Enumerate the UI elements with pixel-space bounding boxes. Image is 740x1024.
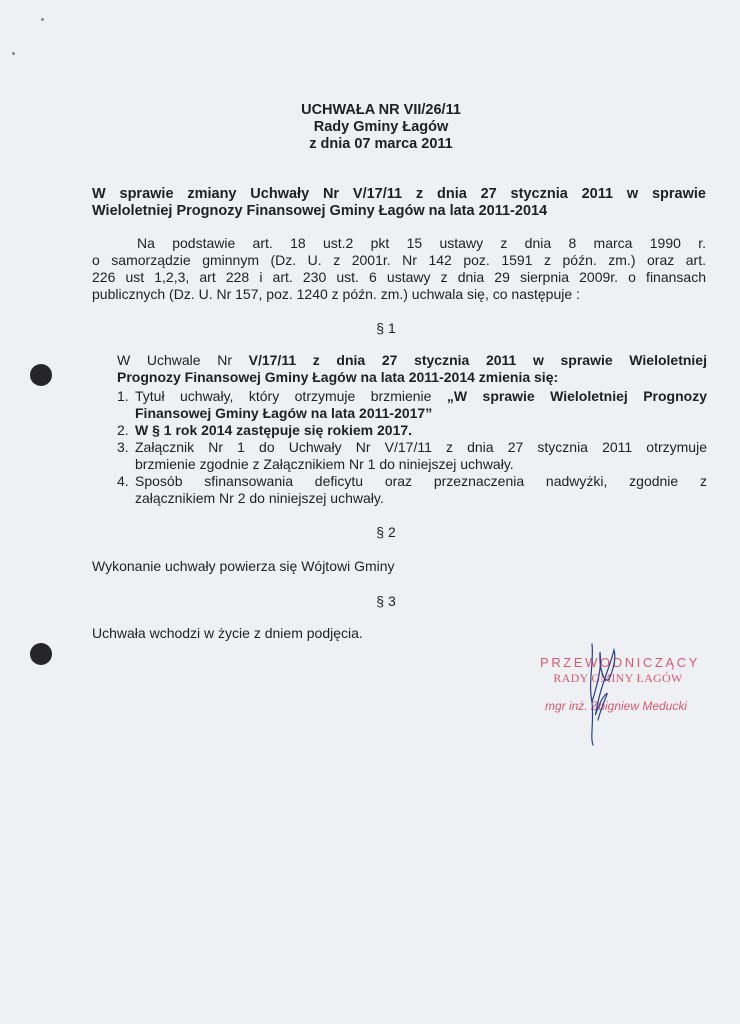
handwritten-signature [580,642,630,747]
basis-line: o samorządzie gminnym (Dz. U. z 2001r. N… [92,252,706,269]
item-number: 4. [117,473,135,507]
basis-line: Na podstawie art. 18 ust.2 pkt 15 ustawy… [92,235,706,252]
resolution-header: UCHWAŁA NR VII/26/11 Rady Gminy Łagów z … [0,102,740,153]
item-line: brzmienie zgodnie z Załącznikiem Nr 1 do… [135,456,707,473]
list-item: 2. W § 1 rok 2014 zastępuje się rokiem 2… [117,422,707,439]
list-item: 1. Tytuł uchwały, który otrzymuje brzmie… [117,388,707,422]
item-number: 3. [117,439,135,473]
section-2-text: Wykonanie uchwały powierza się Wójtowi G… [92,558,395,575]
intro-line: Prognozy Finansowej Gminy Łagów na lata … [117,369,707,386]
subject-line: W sprawie zmiany Uchwały Nr V/17/11 z dn… [92,186,706,203]
intro-plain: W Uchwale Nr [117,352,249,368]
item-text: Tytuł uchwały, który otrzymuje brzmienie [135,388,447,404]
basis-line: publicznych (Dz. U. Nr 157, poz. 1240 z … [92,286,706,303]
subject-line: Wieloletniej Prognozy Finansowej Gminy Ł… [92,203,706,220]
item-line: Tytuł uchwały, który otrzymuje brzmienie… [135,388,707,405]
list-item: 4. Sposób sfinansowania deficytu oraz pr… [117,473,707,507]
resolution-number: UCHWAŁA NR VII/26/11 [0,102,740,119]
item-line: W § 1 rok 2014 zastępuje się rokiem 2017… [135,422,707,439]
intro-line: W Uchwale Nr V/17/11 z dnia 27 stycznia … [117,352,707,369]
item-number: 1. [117,388,135,422]
resolution-date: z dnia 07 marca 2011 [0,136,740,153]
item-number: 2. [117,422,135,439]
intro-bold: V/17/11 z dnia 27 stycznia 2011 w sprawi… [249,352,707,368]
punch-hole [30,364,52,386]
scanned-document-page: UCHWAŁA NR VII/26/11 Rady Gminy Łagów z … [0,0,740,1024]
item-text-bold: „W sprawie Wieloletniej Prognozy [447,388,707,404]
amendment-list: 1. Tytuł uchwały, który otrzymuje brzmie… [117,388,707,507]
scan-speck [12,52,15,55]
section-3-heading: § 3 [0,593,740,609]
item-line: Sposób sfinansowania deficytu oraz przez… [135,473,707,490]
scan-speck [41,18,44,21]
section-1-heading: § 1 [0,320,740,336]
legal-basis-paragraph: Na podstawie art. 18 ust.2 pkt 15 ustawy… [92,235,706,303]
council-name: Rady Gminy Łagów [0,119,740,136]
section-2-heading: § 2 [0,524,740,540]
item-line: załącznikiem Nr 2 do niniejszej uchwały. [135,490,707,507]
list-item: 3. Załącznik Nr 1 do Uchwały Nr V/17/11 … [117,439,707,473]
item-line: Załącznik Nr 1 do Uchwały Nr V/17/11 z d… [135,439,707,456]
punch-hole [30,643,52,665]
section-3-text: Uchwała wchodzi w życie z dniem podjęcia… [92,625,363,642]
resolution-subject: W sprawie zmiany Uchwały Nr V/17/11 z dn… [92,186,706,220]
item-line: Finansowej Gminy Łagów na lata 2011-2017… [135,405,707,422]
basis-line: 226 ust 1,2,3, art 228 i art. 230 ust. 6… [92,269,706,286]
section-1-intro: W Uchwale Nr V/17/11 z dnia 27 stycznia … [117,352,707,386]
